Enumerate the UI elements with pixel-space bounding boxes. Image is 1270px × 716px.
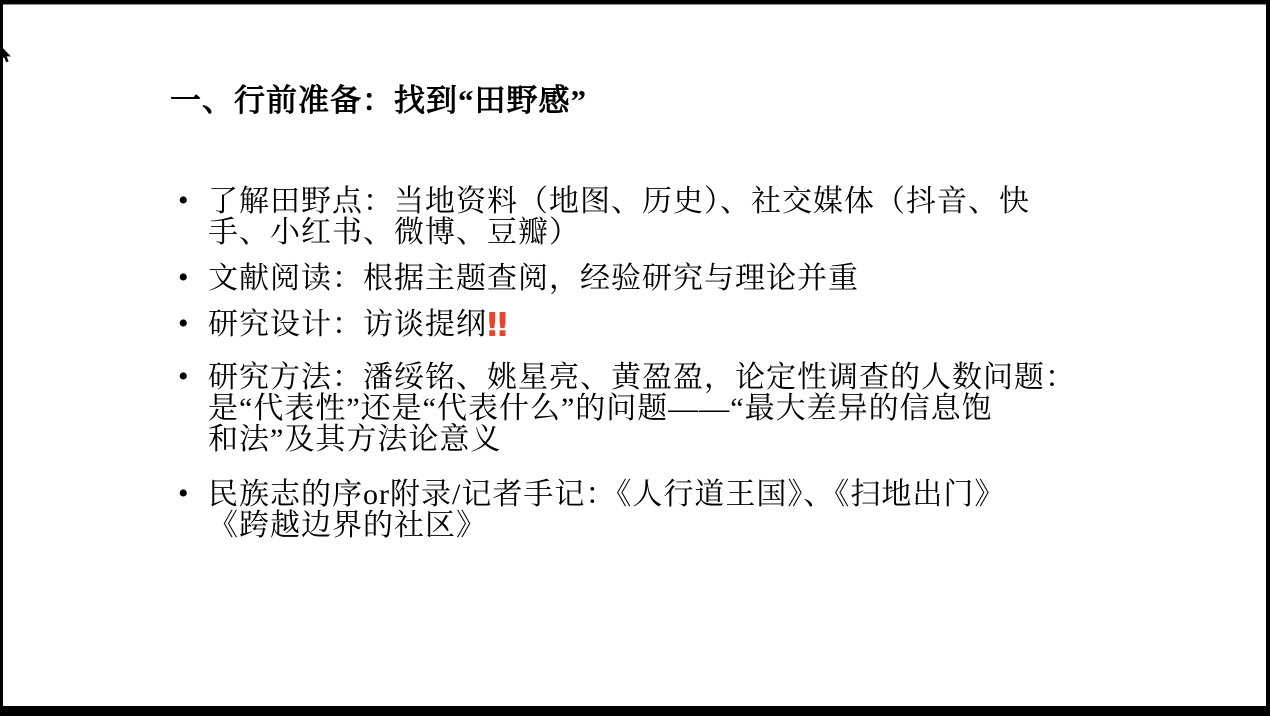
bullet-item-ethnography: 民族志的序or附录/记者手记：《人行道王国》、《扫地出门》 《跨越边界的社区》 (208, 479, 1168, 541)
bullet-item-research-method: 研究方法：潘绥铭、姚星亮、黄盈盈，论定性调查的人数问题： 是“代表性”还是“代表… (208, 362, 1168, 455)
bullet-item-research-design: 研究设计：访谈提纲‼ (208, 309, 1168, 340)
bullet-list: 了解田野点：当地资料（地图、历史）、社交媒体（抖音、快 手、小红书、微博、豆瓣）… (208, 186, 1168, 556)
bullet-line: 文献阅读：根据主题查阅，经验研究与理论并重 (208, 263, 1168, 294)
bullet-line: 手、小红书、微博、豆瓣） (208, 217, 1168, 248)
frame-highlight-line (3, 4, 1266, 5)
bullet-line-text: 研究设计：访谈提纲 (208, 308, 487, 341)
bullet-line: 是“代表性”还是“代表什么”的问题——“最大差异的信息饱 (208, 393, 1168, 424)
double-exclamation-mark: ‼ (487, 305, 508, 344)
bullet-line: 了解田野点：当地资料（地图、历史）、社交媒体（抖音、快 (208, 186, 1168, 217)
mouse-cursor-icon (1, 46, 13, 64)
bullet-item-fieldsite: 了解田野点：当地资料（地图、历史）、社交媒体（抖音、快 手、小红书、微博、豆瓣） (208, 186, 1168, 248)
bullet-line: 《跨越边界的社区》 (208, 510, 1168, 541)
slide-title: 一、行前准备：找到“田野感” (170, 75, 587, 120)
bullet-line: 研究设计：访谈提纲‼ (208, 309, 1168, 340)
bullet-line: 和法”及其方法论意义 (208, 424, 1168, 455)
presentation-slide[interactable]: 一、行前准备：找到“田野感” 了解田野点：当地资料（地图、历史）、社交媒体（抖音… (3, 5, 1266, 706)
bullet-line: 研究方法：潘绥铭、姚星亮、黄盈盈，论定性调查的人数问题： (208, 362, 1168, 393)
bullet-item-literature: 文献阅读：根据主题查阅，经验研究与理论并重 (208, 263, 1168, 294)
bullet-line: 民族志的序or附录/记者手记：《人行道王国》、《扫地出门》 (208, 479, 1168, 510)
